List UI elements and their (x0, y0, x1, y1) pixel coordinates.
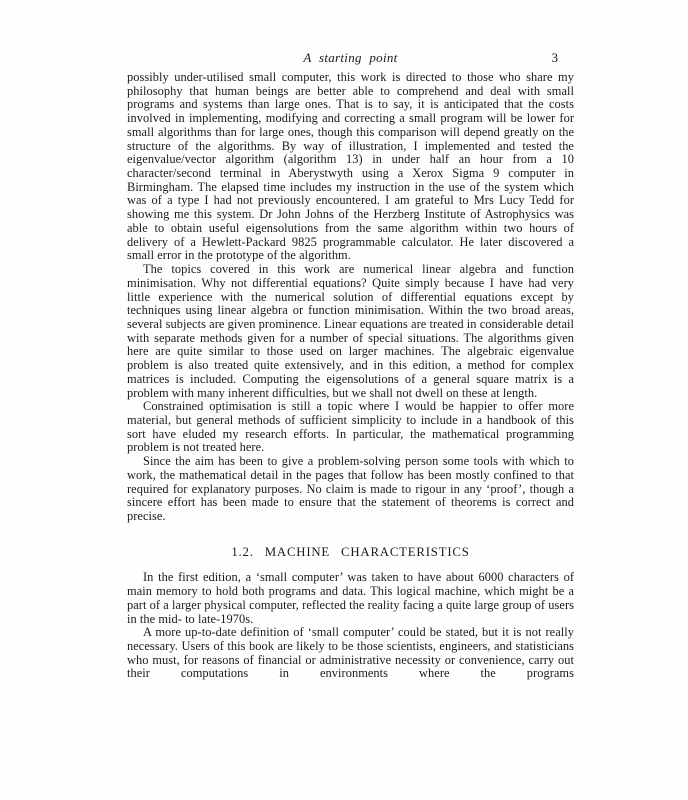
paragraph-2: The topics covered in this work are nume… (127, 263, 574, 400)
page-number: 3 (552, 50, 559, 66)
paragraph-5: In the first edition, a ‘small computer’… (127, 571, 574, 626)
page-header: A starting point 3 (127, 50, 574, 66)
book-page: A starting point 3 possibly under-utilis… (0, 0, 688, 800)
section-heading: 1.2. MACHINE CHARACTERISTICS (127, 546, 574, 560)
paragraph-4: Since the aim has been to give a problem… (127, 455, 574, 524)
page-body: possibly under-utilised small computer, … (127, 71, 574, 681)
paragraph-3: Constrained optimisation is still a topi… (127, 400, 574, 455)
paragraph-6: A more up-to-date definition of ‘small c… (127, 626, 574, 681)
paragraph-1: possibly under-utilised small computer, … (127, 71, 574, 263)
running-head-title: A starting point (127, 50, 574, 66)
